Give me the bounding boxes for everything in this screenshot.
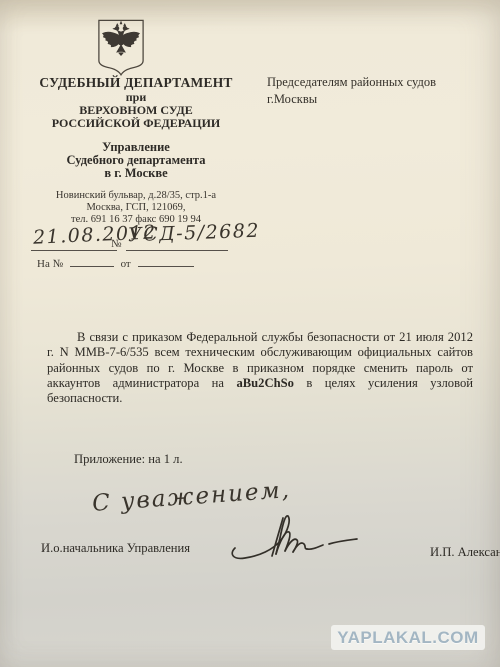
admin-password-value: aBu2ChSo: [236, 376, 293, 390]
letterhead-address-line2: Москва, ГСП, 121069,: [8, 202, 264, 214]
letterhead-department-line1: СУДЕБНЫЙ ДЕПАРТАМЕНТ: [8, 76, 264, 90]
incoming-reference-row: На № от: [37, 256, 194, 270]
incoming-date-blank: [138, 256, 194, 267]
letterhead-department-line4: РОССИЙСКОЙ ФЕДЕРАЦИИ: [8, 117, 264, 130]
letter-document: СУДЕБНЫЙ ДЕПАРТАМЕНТ при ВЕРХОВНОМ СУДЕ …: [0, 0, 500, 667]
number-underline: [126, 249, 228, 251]
signer-title: И.о.начальника Управления: [41, 541, 190, 556]
letterhead-division-line3: в г. Москве: [8, 167, 264, 180]
incoming-from-label: от: [121, 258, 131, 270]
body-paragraph: В связи с приказом Федеральной службы бе…: [47, 330, 473, 406]
russia-coat-of-arms-icon: [90, 18, 152, 78]
signer-name: И.П. Алексанов: [430, 545, 500, 560]
attachment-note: Приложение: на 1 л.: [74, 452, 183, 467]
incoming-number-blank: [70, 256, 114, 267]
recipient-line2: г.Москвы: [267, 91, 482, 108]
handwritten-signature: [225, 508, 375, 566]
recipient-block: Председателям районных судов г.Москвы: [267, 74, 482, 108]
date-underline: [31, 249, 117, 251]
watermark-text: YAPLAKAL.COM: [337, 628, 478, 648]
letterhead-address-line1: Новинский бульвар, д.28/35, стр.1-а: [8, 190, 264, 202]
handwritten-outgoing-number: УСД-5/2682: [128, 220, 261, 247]
incoming-number-label: На №: [37, 258, 63, 270]
recipient-line1: Председателям районных судов: [267, 74, 482, 91]
number-sign-label: №: [111, 238, 122, 250]
watermark-badge: YAPLAKAL.COM: [331, 625, 485, 650]
